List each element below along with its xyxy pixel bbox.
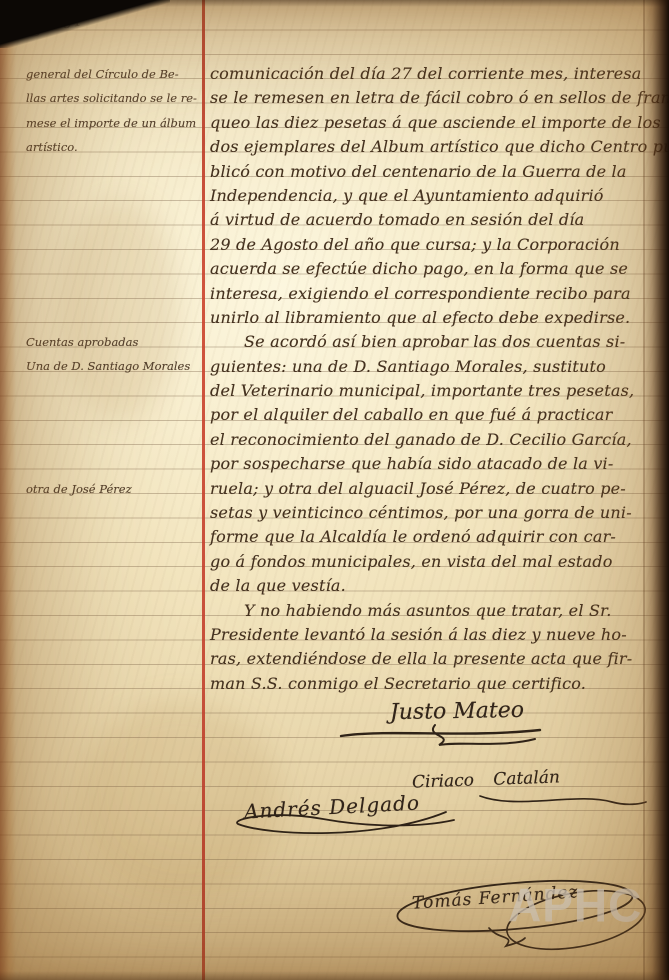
body-line: acuerda se efectúe dicho pago, en la for… (210, 257, 660, 281)
body-line: Independencia, y que el Ayuntamiento adq… (210, 184, 660, 208)
body-line: man S.S. conmigo el Secretario que certi… (210, 672, 660, 696)
body-line: Presidente levantó la sesión á las diez … (210, 623, 660, 647)
body-line: interesa, exigiendo el correspondiente r… (210, 282, 660, 306)
body-line: Y no habiendo más asuntos que tratar, el… (210, 599, 660, 623)
body-line: á virtud de acuerdo tomado en sesión del… (210, 208, 660, 232)
margin-note-line: artístico. (26, 135, 202, 159)
signature-rubric-ciriaco-catalan (472, 790, 652, 818)
body-line: dos ejemplares del Album artístico que d… (210, 135, 660, 159)
body-line: go á fondos municipales, en vista del ma… (210, 550, 660, 574)
body-line: del Veterinario municipal, importante tr… (210, 379, 660, 403)
margin-note-album: general del Círculo de Be- llas artes so… (26, 62, 202, 160)
body-line: blicó con motivo del centenario de la Gu… (210, 160, 660, 184)
body-line: por el alquiler del caballo en que fué á… (210, 403, 660, 427)
body-text: comunicación del día 27 del corriente me… (210, 62, 660, 696)
body-line: forme que la Alcaldía le ordenó adquirir… (210, 525, 660, 549)
red-margin-line (202, 0, 205, 980)
signature-rubric-justo-mateo (335, 722, 550, 762)
manuscript-photo: B 64 general del Círculo de Be- llas art… (0, 0, 669, 980)
signature-rubric-andres-delgado (228, 800, 458, 844)
body-line: unirlo al libramiento que al efecto debe… (210, 306, 660, 330)
body-line: de la que vestía. (210, 574, 660, 598)
body-line: el reconocimiento del ganado de D. Cecil… (210, 428, 660, 452)
body-line: ruela; y otra del alguacil José Pérez, d… (210, 477, 660, 501)
margin-note-line: otra de José Pérez (26, 477, 202, 501)
body-line: ras, extendiéndose de ella la presente a… (210, 647, 660, 671)
body-line: guientes: una de D. Santiago Morales, su… (210, 355, 660, 379)
margin-note-line: mese el importe de un álbum (26, 111, 202, 135)
body-line: queo las diez pesetas á que asciende el … (210, 111, 660, 135)
margin-note-line: general del Círculo de Be- (26, 62, 202, 86)
body-line: Se acordó así bien aprobar las dos cuent… (210, 330, 660, 354)
body-line: por sospecharse que había sido atacado d… (210, 452, 660, 476)
margin-note-line: Una de D. Santiago Morales (26, 354, 202, 378)
archive-watermark: APHC (508, 877, 642, 932)
pencil-mark: 64 (61, 11, 83, 32)
margin-note-line: llas artes solicitando se le re- (26, 86, 202, 110)
body-line: setas y veinticinco céntimos, por una go… (210, 501, 660, 525)
body-line: 29 de Agosto del año que cursa; y la Cor… (210, 233, 660, 257)
margin-note-cuentas: Cuentas aprobadas Una de D. Santiago Mor… (26, 330, 202, 379)
margin-note-otra: otra de José Pérez (26, 477, 202, 501)
body-line: se le remesen en letra de fácil cobro ó … (210, 86, 660, 110)
margin-note-line: Cuentas aprobadas (26, 330, 202, 354)
pencil-mark: B (29, 22, 42, 41)
body-line: comunicación del día 27 del corriente me… (210, 62, 660, 86)
